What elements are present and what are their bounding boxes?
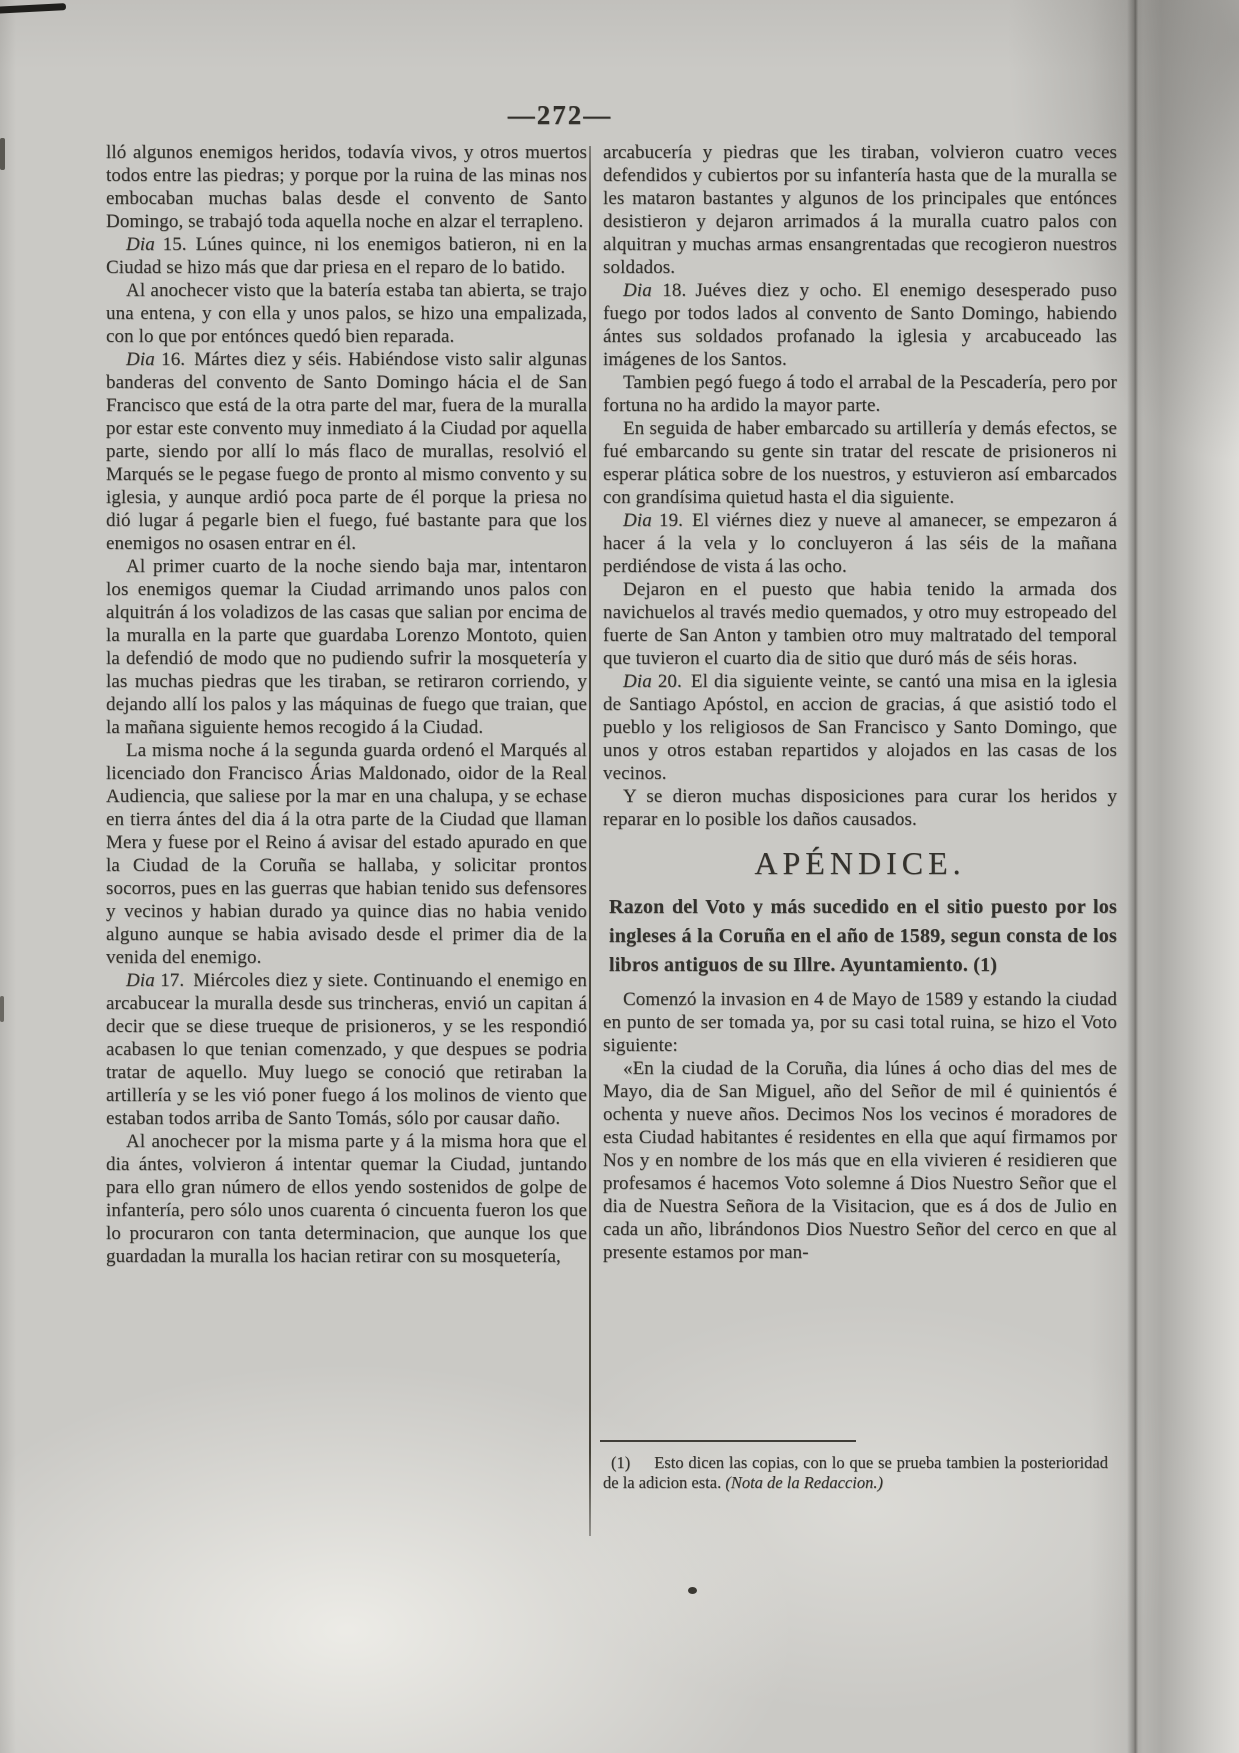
paragraph-text: Al anochecer visto que la batería estaba… — [106, 280, 587, 347]
paragraph-dia-15: Dia 15.Lúnes quince, ni los enemigos bat… — [106, 233, 587, 279]
paragraph-dia-17: Dia 17.Miércoles diez y siete. Continuan… — [106, 969, 587, 1130]
appendix-subtitle: Razon del Voto y más sucedido en el siti… — [603, 893, 1117, 980]
footnote-separator — [600, 1440, 856, 1442]
paragraph-dia-16: Dia 16.Mártes diez y séis. Habiéndose vi… — [106, 348, 587, 555]
paragraph-dia-19: Dia 19.El viérnes diez y nueve al amanec… — [603, 509, 1117, 578]
paragraph-continuation: arcabucería y piedras que les tiraban, v… — [603, 141, 1117, 279]
paragraph-dia-20: Dia 20.El dia siguiente veinte, se cantó… — [603, 670, 1117, 785]
page-number: —272— — [355, 100, 765, 131]
scan-artifact-ink-dot — [688, 1587, 697, 1594]
day-label: Dia — [126, 349, 155, 370]
day-number: 17. — [160, 970, 184, 991]
book-page-scan: —272— lló algunos enemigos heridos, toda… — [0, 0, 1239, 1753]
day-number: 20. — [658, 671, 682, 692]
day-number: 19. — [659, 510, 683, 531]
paragraph-text: Dejaron en el puesto que habia tenido la… — [603, 579, 1117, 669]
scan-artifact-corner-mark — [0, 3, 66, 14]
paragraph-text: lló algunos enemigos heridos, todavía vi… — [106, 142, 587, 232]
paragraph-text: Al primer cuarto de la noche siendo baja… — [106, 556, 587, 738]
left-column: lló algunos enemigos heridos, todavía vi… — [106, 141, 587, 1268]
day-number: 15. — [163, 234, 187, 255]
paragraph: Al anochecer visto que la batería estaba… — [106, 279, 587, 348]
right-column: arcabucería y piedras que les tiraban, v… — [603, 141, 1117, 1264]
paragraph: Al anochecer por la misma parte y á la m… — [106, 1130, 587, 1268]
page-crease — [1127, 0, 1143, 1753]
day-label: Dia — [126, 970, 155, 991]
paragraph-text: «En la ciudad de la Coruña, dia lúnes á … — [603, 1058, 1117, 1263]
appendix-title: APÉNDICE. — [603, 845, 1117, 881]
day-label: Dia — [126, 234, 155, 255]
paragraph-text: arcabucería y piedras que les tiraban, v… — [603, 142, 1117, 278]
paragraph-text: Y se dieron muchas disposiciones para cu… — [603, 786, 1117, 830]
day-label: Dia — [623, 280, 652, 301]
appendix-paragraph: Comenzó la invasion en 4 de Mayo de 1589… — [603, 988, 1117, 1057]
paragraph-dia-18: Dia 18.Juéves diez y ocho. El enemigo de… — [603, 279, 1117, 371]
paragraph-text: En seguida de haber embarcado su artille… — [603, 418, 1117, 508]
footnote-marker: (1) — [611, 1453, 630, 1472]
day-label: Dia — [623, 510, 652, 531]
paragraph-text: Al anochecer por la misma parte y á la m… — [106, 1131, 587, 1267]
paragraph: La misma noche á la segunda guarda orden… — [106, 739, 587, 969]
day-number: 16. — [161, 349, 185, 370]
paragraph: Dejaron en el puesto que habia tenido la… — [603, 578, 1117, 670]
paragraph-text: Mártes diez y séis. Habiéndose visto sal… — [106, 349, 587, 554]
appendix-paragraph: «En la ciudad de la Coruña, dia lúnes á … — [603, 1057, 1117, 1264]
paragraph: Y se dieron muchas disposiciones para cu… — [603, 785, 1117, 831]
paragraph: Tambien pegó fuego á todo el arrabal de … — [603, 371, 1117, 417]
paragraph-text: Miércoles diez y siete. Continuando el e… — [106, 970, 587, 1129]
footnote-editorial-note: (Nota de la Redaccion.) — [725, 1473, 883, 1492]
paragraph-text: La misma noche á la segunda guarda orden… — [106, 740, 587, 968]
scan-artifact-edge-mark — [0, 996, 4, 1022]
day-label: Dia — [623, 671, 652, 692]
scan-artifact-edge-mark — [0, 138, 5, 170]
paragraph-text: Comenzó la invasion en 4 de Mayo de 1589… — [603, 989, 1117, 1056]
day-number: 18. — [662, 280, 686, 301]
paragraph: Al primer cuarto de la noche siendo baja… — [106, 555, 587, 739]
paragraph-text: Tambien pegó fuego á todo el arrabal de … — [603, 372, 1117, 416]
paragraph-continuation: lló algunos enemigos heridos, todavía vi… — [106, 141, 587, 233]
column-divider — [589, 146, 591, 1536]
paragraph: En seguida de haber embarcado su artille… — [603, 417, 1117, 509]
footnote: (1)Esto dicen las copias, con lo que se … — [603, 1453, 1108, 1493]
